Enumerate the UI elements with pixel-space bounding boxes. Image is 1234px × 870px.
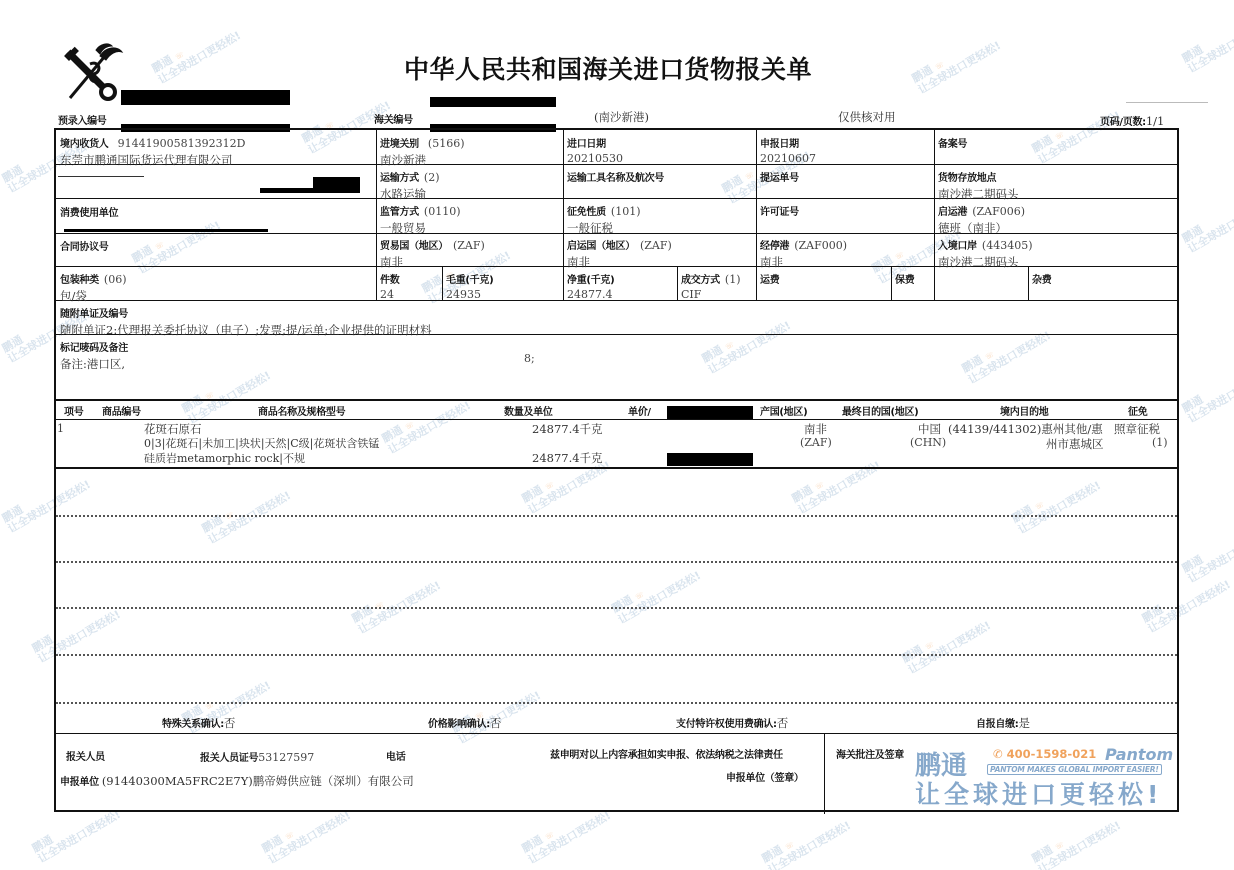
- goods-item-levy: 照章征税: [1114, 421, 1160, 437]
- price-effect-confirm: 价格影响确认:否: [428, 712, 501, 731]
- declaration-statement: 兹申明对以上内容承担如实申报、依法纳税之法律责任: [550, 746, 783, 761]
- watermark: 鹏通 ☏让全球进口更轻松!: [1030, 808, 1123, 870]
- levy-cell: 征免性质 (101) 一般征税: [567, 200, 641, 236]
- goods-header-domestic-dest: 境内目的地: [1000, 403, 1049, 418]
- insurance-cell: 保费: [895, 268, 914, 287]
- dotted-divider: [56, 654, 1177, 656]
- marks-label: 标记唛码及备注: [60, 343, 128, 354]
- special-relation-label: 特殊关系确认:: [162, 719, 224, 730]
- page-indicator: 页码/页数:1/1: [1100, 110, 1164, 129]
- special-relation-confirm: 特殊关系确认:否: [162, 712, 235, 731]
- vessel-label: 运输工具名称及航次号: [567, 173, 664, 184]
- record-no-cell: 备案号: [938, 132, 967, 151]
- customs-no-label: 海关编号: [374, 111, 413, 126]
- goods-header-hs-code: 商品编号: [102, 403, 141, 418]
- royalty-confirm: 支付特许权使用费确认:否: [676, 712, 788, 731]
- divider: [56, 467, 1177, 469]
- brand-phone-number: 400-1598-021: [1007, 747, 1097, 761]
- levy-label: 征免性质: [567, 207, 606, 218]
- page-value: 1/1: [1146, 114, 1165, 128]
- trade-country-code: (ZAF): [453, 239, 485, 252]
- bill-no-cell: 提运单号: [760, 166, 799, 185]
- royalty-label: 支付特许权使用费确认:: [676, 719, 777, 730]
- storage-label: 货物存放地点: [938, 173, 996, 184]
- consignee-code: 91441900581392312D: [118, 137, 246, 150]
- supervision-label: 监管方式: [380, 207, 419, 218]
- dep-country-cell: 启运国（地区） (ZAF) 南非: [567, 234, 672, 270]
- divider: [442, 266, 443, 300]
- dep-port-code: (ZAF006): [972, 205, 1025, 218]
- declarant-label: 申报单位: [60, 777, 99, 788]
- consumer-cell: 消费使用单位: [60, 201, 118, 220]
- redacted-block: [121, 90, 290, 105]
- declarant-value: (91440300MA5FRC2E7Y)鹏帝姆供应链（深圳）有限公司: [102, 774, 414, 788]
- net-weight-label: 净重(千克): [567, 275, 614, 286]
- divider: [56, 300, 1177, 301]
- page-label: 页码/页数:: [1100, 117, 1146, 128]
- entry-port-value: 南沙港二期码头: [938, 254, 1032, 270]
- goods-item-origin: 南非: [804, 421, 827, 437]
- divider: [934, 266, 935, 300]
- verify-note: 仅供核对用: [838, 109, 896, 125]
- entry-port-label: 入境口岸: [938, 241, 977, 252]
- document-title: 中华人民共和国海关进口货物报关单: [404, 50, 812, 86]
- docs-label: 随附单证及编号: [60, 309, 128, 320]
- docs-cell: 随附单证及编号 随附单证2:代理报关委托协议（电子）;发票;提/运单;企业提供的…: [60, 302, 432, 338]
- dotted-divider: [56, 561, 1177, 563]
- declarant-seal-label: 申报单位（签章）: [726, 769, 804, 784]
- gross-weight-label: 毛重(千克): [446, 275, 493, 286]
- import-date-cell: 进口日期 20210530: [567, 132, 623, 165]
- watermark: 鹏通 ☏让全球进口更轻松!: [760, 808, 853, 870]
- goods-header-no: 项号: [64, 403, 83, 418]
- contract-label: 合同协议号: [60, 242, 109, 253]
- redacted-line: [64, 229, 268, 232]
- phone-icon: ✆: [993, 747, 1007, 761]
- net-weight-cell: 净重(千克) 24877.4: [567, 268, 614, 301]
- goods-item-dest-country: 中国: [918, 421, 941, 437]
- dep-port-label: 启运港: [938, 207, 967, 218]
- redacted-block: [667, 406, 753, 419]
- goods-item-levy-code: (1): [1152, 436, 1168, 449]
- license-cell: 许可证号: [760, 200, 799, 219]
- entry-customs-code: (5166): [428, 137, 465, 150]
- port-note: (南沙新港): [594, 109, 649, 125]
- watermark: 鹏通 ☏让全球进口更轻松!: [910, 28, 1003, 96]
- supervision-cell: 监管方式 (0110) 一般贸易: [380, 200, 460, 236]
- declare-date-label: 申报日期: [760, 139, 799, 150]
- watermark: 鹏通 ☏让全球进口更轻松!: [150, 18, 243, 86]
- watermark: 鹏通让全球进口更轻松!: [1180, 8, 1234, 75]
- record-no-label: 备案号: [938, 139, 967, 150]
- watermark: 鹏通让全球进口更轻松!: [1180, 358, 1234, 425]
- brand-phone: ✆ 400-1598-021: [993, 747, 1096, 761]
- redacted-block: [313, 177, 360, 193]
- divider: [891, 266, 892, 300]
- pieces-label: 件数: [380, 275, 399, 286]
- goods-item-qty-2: 24877.4千克: [532, 450, 603, 466]
- goods-header-qty: 数量及单位: [504, 403, 553, 418]
- transport-mode-cell: 运输方式 (2) 水路运输: [380, 166, 440, 202]
- transport-mode-code: (2): [424, 171, 440, 184]
- divider: [376, 266, 377, 300]
- divider: [1126, 102, 1208, 103]
- brand-tagline: PANTOM MAKES GLOBAL IMPORT EASIER!: [987, 764, 1162, 775]
- declaration-form: 境内收货人 91441900581392312D 东莞市鹏通国际货运代理有限公司…: [54, 128, 1179, 812]
- dep-country-code: (ZAF): [640, 239, 672, 252]
- insurance-label: 保费: [895, 275, 914, 286]
- goods-header-name: 商品名称及规格型号: [258, 403, 345, 418]
- broker-cert-value: 53127597: [258, 751, 314, 764]
- goods-item-dest-country-code: (CHN): [910, 436, 946, 449]
- misc-fee-label: 杂费: [1032, 275, 1051, 286]
- customs-seal-label: 海关批注及签章: [836, 746, 904, 761]
- package-cell: 包装种类 (06) 包/袋: [60, 268, 127, 304]
- trade-country-cell: 贸易国（地区） (ZAF) 南非: [380, 234, 485, 270]
- bill-no-label: 提运单号: [760, 173, 799, 184]
- divider: [1028, 266, 1029, 300]
- consignee-cell: 境内收货人 91441900581392312D 东莞市鹏通国际货运代理有限公司: [60, 132, 245, 168]
- phone-label: 电话: [386, 748, 405, 763]
- goods-item-domestic-dest-1: (44139/441302)惠州其他/惠: [948, 421, 1103, 437]
- divider: [56, 399, 1177, 401]
- divider: [563, 130, 564, 300]
- consumer-label: 消费使用单位: [60, 208, 118, 219]
- contract-cell: 合同协议号: [60, 235, 109, 254]
- freight-label: 运费: [760, 275, 779, 286]
- declare-date-cell: 申报日期 20210607: [760, 132, 816, 165]
- net-weight-value: 24877.4: [567, 288, 614, 301]
- watermark: 鹏通让全球进口更轻松!: [1180, 518, 1234, 585]
- transit-port-label: 经停港: [760, 241, 789, 252]
- declare-date-value: 20210607: [760, 152, 816, 165]
- goods-item-spec-1: 0|3|花斑石|未加工|块状|天然|C级|花斑状含铁锰: [144, 435, 379, 451]
- deal-mode-cell: 成交方式 (1) CIF: [681, 268, 741, 301]
- goods-header-origin: 产国(地区): [760, 403, 807, 418]
- package-code: (06): [104, 273, 127, 286]
- gross-weight-value: 24935: [446, 288, 493, 301]
- pieces-value: 24: [380, 288, 399, 301]
- consignee-label: 境内收货人: [60, 139, 109, 150]
- self-report-value: 是: [1019, 716, 1031, 730]
- marks-cell: 标记唛码及备注 备注:港口区,: [60, 336, 128, 372]
- marks-extra: 8;: [524, 352, 535, 365]
- broker-cert: 报关人员证号53127597: [200, 746, 314, 765]
- broker-cert-label: 报关人员证号: [200, 753, 258, 764]
- goods-item-origin-code: (ZAF): [800, 436, 832, 449]
- redacted-block: [430, 97, 556, 107]
- entry-customs-label: 进境关别: [380, 139, 419, 150]
- dep-port-cell: 启运港 (ZAF006) 德班（南非）: [938, 200, 1025, 236]
- pieces-cell: 件数 24: [380, 268, 399, 301]
- divider: [56, 419, 1177, 420]
- royalty-value: 否: [777, 716, 789, 730]
- import-date-value: 20210530: [567, 152, 623, 165]
- dotted-divider: [56, 702, 1177, 704]
- goods-header-price: 单价/: [628, 403, 651, 418]
- misc-fee-cell: 杂费: [1032, 268, 1051, 287]
- deal-mode-label: 成交方式: [681, 275, 720, 286]
- declarant: 申报单位(91440300MA5FRC2E7Y)鹏帝姆供应链（深圳）有限公司: [60, 770, 414, 789]
- transport-mode-label: 运输方式: [380, 173, 419, 184]
- dotted-divider: [56, 607, 1177, 609]
- brand-slogan: 让全球进口更轻松!: [915, 775, 1162, 811]
- trade-country-label: 贸易国（地区）: [380, 241, 448, 252]
- goods-item-spec-2: 硅质岩metamorphic rock|不规: [144, 450, 305, 466]
- self-report-label: 自报自缴:: [976, 719, 1019, 730]
- divider: [756, 130, 757, 300]
- goods-item-no: 1: [57, 422, 64, 435]
- redacted-block: [667, 453, 753, 466]
- entry-port-code: (443405): [982, 239, 1033, 252]
- price-effect-value: 否: [490, 716, 502, 730]
- gross-weight-cell: 毛重(千克) 24935: [446, 268, 493, 301]
- goods-header-levy: 征免: [1128, 403, 1147, 418]
- deal-mode-code: (1): [725, 273, 741, 286]
- divider: [824, 733, 825, 814]
- dotted-divider: [56, 515, 1177, 517]
- brand-logo: 鹏通 ✆ 400-1598-021 Pantom PANTOM MAKES GL…: [915, 745, 1175, 807]
- entry-customs-cell: 进境关别 (5166) 南沙新港: [380, 132, 464, 168]
- vessel-cell: 运输工具名称及航次号: [567, 166, 664, 185]
- self-report-confirm: 自报自缴:是: [976, 712, 1030, 731]
- divider: [56, 733, 1177, 734]
- consignee-name: 东莞市鹏通国际货运代理有限公司: [60, 152, 245, 168]
- import-date-label: 进口日期: [567, 139, 606, 150]
- goods-item-qty-1: 24877.4千克: [532, 421, 603, 437]
- package-label: 包装种类: [60, 275, 99, 286]
- levy-code: (101): [611, 205, 641, 218]
- pre-entry-no-label: 预录入编号: [58, 112, 107, 127]
- divider: [376, 130, 377, 266]
- broker-label: 报关人员: [66, 748, 105, 763]
- supervision-code: (0110): [424, 205, 461, 218]
- price-effect-label: 价格影响确认:: [428, 719, 490, 730]
- deal-mode-value: CIF: [681, 288, 741, 301]
- goods-header-dest-country: 最终目的国(地区): [842, 403, 918, 418]
- entry-port-cell: 入境口岸 (443405) 南沙港二期码头: [938, 234, 1032, 270]
- transit-port-cell: 经停港 (ZAF000) 南非: [760, 234, 847, 270]
- dep-country-label: 启运国（地区）: [567, 241, 635, 252]
- goods-item-domestic-dest-2: 州市惠城区: [1046, 436, 1104, 452]
- divider: [934, 130, 935, 266]
- transit-port-code: (ZAF000): [794, 239, 847, 252]
- watermark: 鹏通让全球进口更轻松!: [1180, 188, 1234, 255]
- marks-value: 备注:港口区,: [60, 356, 128, 372]
- redacted-line: [58, 176, 144, 177]
- freight-cell: 运费: [760, 268, 779, 287]
- storage-cell: 货物存放地点 南沙港二期码头: [938, 166, 1019, 202]
- divider: [677, 266, 678, 300]
- brand-name-en: Pantom: [1105, 745, 1173, 764]
- special-relation-value: 否: [224, 716, 236, 730]
- customs-emblem-icon: [60, 42, 124, 102]
- license-label: 许可证号: [760, 207, 799, 218]
